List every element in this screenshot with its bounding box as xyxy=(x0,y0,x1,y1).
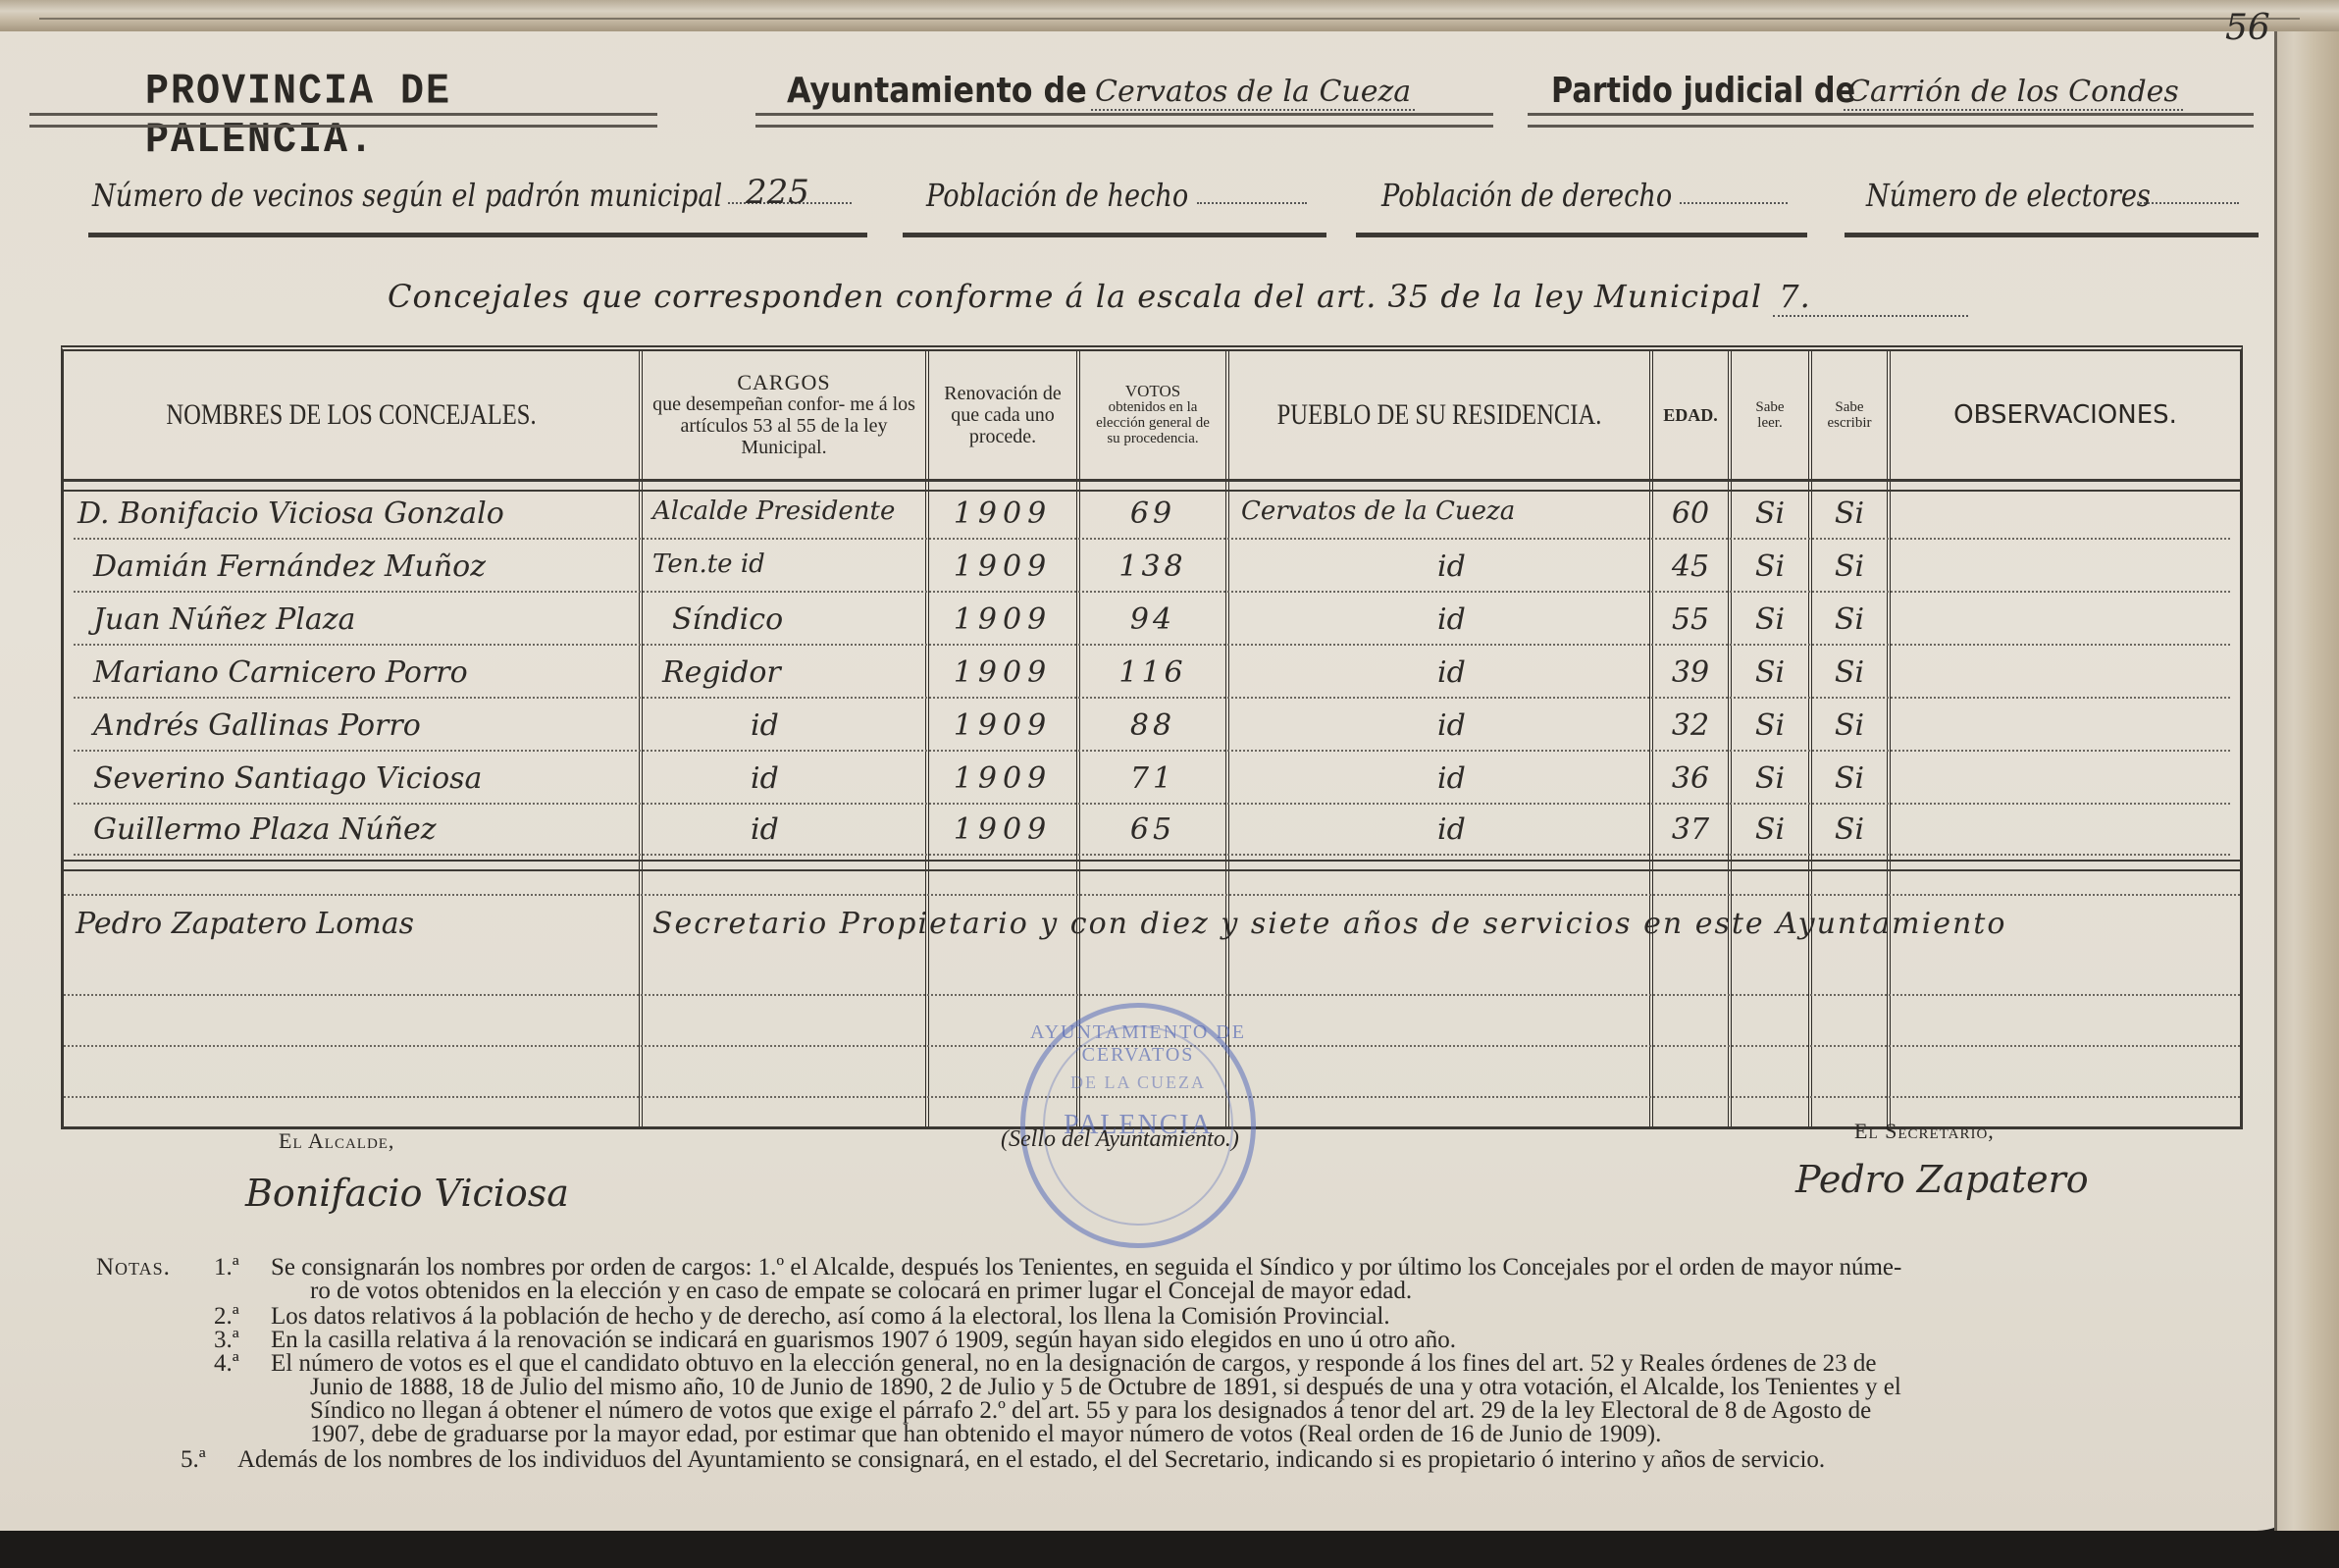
secretario-signature: Pedro Zapatero xyxy=(1795,1158,2089,1201)
cell-nombre: Guillermo Plaza Núñez xyxy=(93,812,437,858)
note-line: Se consignarán los nombres por orden de … xyxy=(271,1256,2282,1280)
cell-edad: 32 xyxy=(1653,708,1728,754)
note-line: 1907, debe de graduarse por la mayor eda… xyxy=(271,1423,2282,1446)
cell-pueblo: id xyxy=(1437,602,1466,648)
folio-number: 56 xyxy=(2225,8,2270,48)
header-sabe-escribir: Sabe escribir xyxy=(1812,351,1887,479)
cell-renovacion: 1909 xyxy=(929,761,1076,807)
cell-leer: Si xyxy=(1732,655,1808,701)
header-votos-sub: obtenidos en la elección general de su p… xyxy=(1080,399,1225,446)
sello-label: (Sello del Ayuntamiento.) xyxy=(1001,1126,1239,1153)
secretario-nombre: Pedro Zapatero Lomas xyxy=(76,907,414,941)
header-cargos-sub: que desempeñan confor- me á los artículo… xyxy=(643,393,925,458)
rule xyxy=(88,233,867,237)
cell-leer: Si xyxy=(1732,708,1808,754)
note-line: En la casilla relativa á la renovación s… xyxy=(271,1329,2282,1352)
partido-label: Partido judicial de xyxy=(1551,71,1855,111)
poblacion-derecho-label: Población de derecho xyxy=(1381,177,1672,214)
ayuntamiento-field: Ayuntamiento de Cervatos de la Cueza xyxy=(755,69,1493,128)
cell-escribir: Si xyxy=(1812,708,1887,754)
cell-renovacion: 1909 xyxy=(929,655,1076,701)
provincia-heading: PROVINCIA DE PALENCIA. xyxy=(29,69,657,128)
alcalde-label: El Alcalde, xyxy=(279,1128,394,1154)
cell-escribir: Si xyxy=(1812,655,1887,701)
double-rule xyxy=(29,113,657,128)
header-renovacion: Renovación de que cada uno procede. xyxy=(929,351,1076,479)
cell-leer: Si xyxy=(1732,497,1808,542)
note-body: En la casilla relativa á la renovación s… xyxy=(271,1329,2282,1352)
cell-pueblo: id xyxy=(1437,761,1466,807)
cell-votos: 69 xyxy=(1080,497,1225,542)
dotted-line xyxy=(64,893,2240,896)
header-votos: VOTOS obtenidos en la elección general d… xyxy=(1080,351,1225,479)
note-line: ro de votos obtenidos en la elección y e… xyxy=(271,1280,2282,1303)
header-nombres: NOMBRES DE LOS CONCEJALES. xyxy=(116,351,588,479)
cell-renovacion: 1909 xyxy=(929,549,1076,595)
cell-cargo: id xyxy=(751,812,779,858)
cell-votos: 138 xyxy=(1080,549,1225,595)
cell-edad: 55 xyxy=(1653,602,1728,648)
cell-escribir: Si xyxy=(1812,497,1887,542)
table-row: Guillermo Plaza Núñez id 1909 65 id 37 S… xyxy=(64,805,2240,862)
cell-leer: Si xyxy=(1732,602,1808,648)
header-votos-title: VOTOS xyxy=(1125,384,1180,399)
cell-cargo: Alcalde Presidente xyxy=(652,497,895,542)
cell-renovacion: 1909 xyxy=(929,812,1076,858)
municipal-stamp: AYUNTAMIENTO DE CERVATOS DE LA CUEZA PAL… xyxy=(1020,1003,1256,1248)
cell-edad: 36 xyxy=(1653,761,1728,807)
poblacion-hecho-field: Población de hecho xyxy=(903,169,1326,237)
page-edge xyxy=(2274,20,2339,1531)
notes-label: Notas. xyxy=(96,1256,171,1280)
cell-edad: 60 xyxy=(1653,497,1728,542)
electores-field: Número de electores xyxy=(1845,169,2259,237)
vecinos-field: Número de vecinos según el padrón munici… xyxy=(88,169,867,237)
rule xyxy=(1356,233,1807,237)
cell-cargo: id xyxy=(751,708,779,754)
note-number: 2.ª xyxy=(214,1305,239,1329)
header-cargos: CARGOS que desempeñan confor- me á los a… xyxy=(643,351,925,479)
partido-field: Partido judicial de Carrión de los Conde… xyxy=(1528,69,2254,128)
dotted-line xyxy=(1197,202,1307,204)
cell-pueblo: id xyxy=(1437,708,1466,754)
cell-nombre: D. Bonifacio Viciosa Gonzalo xyxy=(78,497,504,542)
header-sabe-leer: Sabe leer. xyxy=(1732,351,1808,479)
cell-escribir: Si xyxy=(1812,812,1887,858)
table-row: D. Bonifacio Viciosa Gonzalo Alcalde Pre… xyxy=(64,489,2240,546)
cell-votos: 94 xyxy=(1080,602,1225,648)
ayuntamiento-value: Cervatos de la Cueza xyxy=(1091,75,1415,111)
cell-nombre: Mariano Carnicero Porro xyxy=(93,655,468,701)
cell-leer: Si xyxy=(1732,812,1808,858)
secretario-detalle: Secretario Propietario y con diez y siet… xyxy=(652,907,2006,941)
note-line: Síndico no llegan á obtener el número de… xyxy=(271,1399,2282,1423)
dotted-line xyxy=(64,993,2240,996)
electores-label: Número de electores xyxy=(1866,177,2151,214)
rule xyxy=(1845,233,2259,237)
cell-nombre: Juan Núñez Plaza xyxy=(93,602,355,648)
vecinos-label: Número de vecinos según el padrón munici… xyxy=(92,177,722,214)
note-body: Se consignarán los nombres por orden de … xyxy=(271,1256,2282,1303)
cell-escribir: Si xyxy=(1812,602,1887,648)
stamp-mid-text: DE LA CUEZA xyxy=(1025,1072,1251,1093)
header-observaciones: OBSERVACIONES. xyxy=(1891,351,2240,479)
cell-cargo: Ten.te id xyxy=(652,549,765,595)
cell-nombre: Andrés Gallinas Porro xyxy=(93,708,421,754)
cell-votos: 71 xyxy=(1080,761,1225,807)
cell-renovacion: 1909 xyxy=(929,497,1076,542)
cell-pueblo: id xyxy=(1437,655,1466,701)
table-row: Mariano Carnicero Porro Regidor 1909 116… xyxy=(64,648,2240,705)
header-edad: EDAD. xyxy=(1653,351,1728,479)
cell-cargo: id xyxy=(751,761,779,807)
double-rule xyxy=(755,113,1493,128)
poblacion-hecho-label: Población de hecho xyxy=(926,177,1188,214)
rule xyxy=(903,233,1326,237)
vecinos-value: 225 xyxy=(746,173,809,212)
ayuntamiento-label: Ayuntamiento de xyxy=(787,71,1087,111)
poblacion-derecho-field: Población de derecho xyxy=(1356,169,1807,237)
cell-edad: 39 xyxy=(1653,655,1728,701)
table-row: Andrés Gallinas Porro id 1909 88 id 32 S… xyxy=(64,701,2240,758)
cell-cargo: Regidor xyxy=(662,655,781,701)
note-body: El número de votos es el que el candidat… xyxy=(271,1352,2282,1446)
table-bottom-separator xyxy=(64,860,2240,871)
header-cargos-title: CARGOS xyxy=(737,372,830,393)
note-body: Los datos relativos á la población de he… xyxy=(271,1305,2282,1329)
cell-escribir: Si xyxy=(1812,761,1887,807)
secretario-label: El Secretario, xyxy=(1854,1119,1995,1144)
stamp-ring-text: AYUNTAMIENTO DE CERVATOS xyxy=(1025,1021,1251,1067)
note-body: Además de los nombres de los individuos … xyxy=(237,1448,2249,1472)
alcalde-signature: Bonifacio Viciosa xyxy=(245,1172,569,1215)
note-line: Junio de 1888, 18 de Julio del mismo año… xyxy=(271,1376,2282,1399)
escala-value: 7. xyxy=(1773,278,1968,317)
cell-pueblo: Cervatos de la Cueza xyxy=(1241,497,1515,542)
cell-edad: 45 xyxy=(1653,549,1728,595)
secretario-row: Pedro Zapatero Lomas Secretario Propieta… xyxy=(64,901,2240,960)
double-rule xyxy=(1528,113,2254,128)
note-number: 4.ª xyxy=(214,1352,239,1376)
cell-nombre: Damián Fernández Muñoz xyxy=(93,549,486,595)
table-row: Severino Santiago Viciosa id 1909 71 id … xyxy=(64,754,2240,810)
cell-leer: Si xyxy=(1732,549,1808,595)
cell-renovacion: 1909 xyxy=(929,708,1076,754)
cell-votos: 65 xyxy=(1080,812,1225,858)
dotted-line xyxy=(2137,202,2239,204)
cell-nombre: Severino Santiago Viciosa xyxy=(93,761,482,807)
note-line: Los datos relativos á la población de he… xyxy=(271,1305,2282,1329)
cell-cargo: Síndico xyxy=(672,602,783,648)
book-binding xyxy=(0,0,2339,31)
cell-leer: Si xyxy=(1732,761,1808,807)
cell-votos: 88 xyxy=(1080,708,1225,754)
note-number: 1.ª xyxy=(214,1256,239,1280)
cell-pueblo: id xyxy=(1437,812,1466,858)
cell-renovacion: 1909 xyxy=(929,602,1076,648)
escala-label: Concejales que corresponden conforme á l… xyxy=(388,278,1762,315)
note-number: 3.ª xyxy=(214,1329,239,1352)
cell-escribir: Si xyxy=(1812,549,1887,595)
table-row: Damián Fernández Muñoz Ten.te id 1909 13… xyxy=(64,542,2240,599)
note-line: El número de votos es el que el candidat… xyxy=(271,1352,2282,1376)
note-line: Además de los nombres de los individuos … xyxy=(237,1448,2249,1472)
cell-edad: 37 xyxy=(1653,812,1728,858)
escala-line: Concejales que corresponden conforme á l… xyxy=(388,278,1968,315)
header-pueblo: PUEBLO DE SU RESIDENCIA. xyxy=(1268,351,1612,479)
cell-pueblo: id xyxy=(1437,549,1466,595)
note-number: 5.ª xyxy=(181,1448,206,1472)
dotted-line xyxy=(1680,202,1788,204)
table-row: Juan Núñez Plaza Síndico 1909 94 id 55 S… xyxy=(64,595,2240,652)
partido-value: Carrión de los Condes xyxy=(1844,75,2183,111)
cell-votos: 116 xyxy=(1080,655,1225,701)
